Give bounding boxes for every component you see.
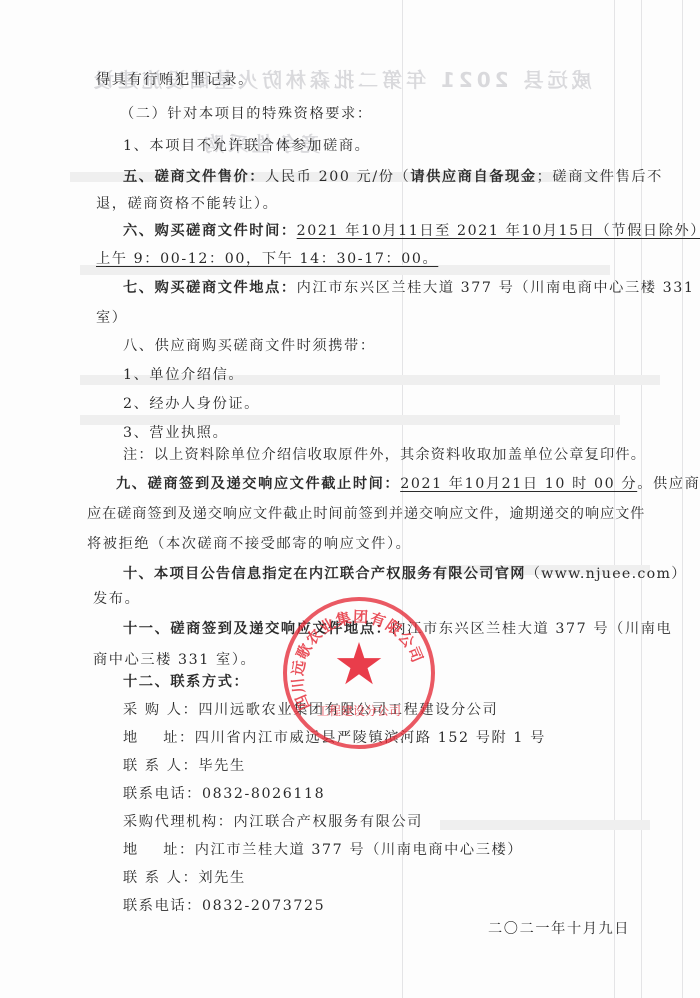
section-heading: 七、购买磋商文件地点：: [123, 280, 297, 296]
section-8-heading: 八、供应商购买磋商文件时须携带：: [123, 337, 376, 355]
text-line: 应在磋商签到及递交响应文件截止时间前签到并递交响应文件，逾期递交的响应文件: [87, 505, 645, 523]
document-page: 得具有行贿犯罪记录。 （二）针对本项目的特殊资格要求： 1、本项目不允许联合体参…: [0, 0, 700, 998]
text-line: 上午 9：00-12：00，下午 14：30-17：00。: [96, 250, 438, 268]
section-7-place: 七、购买磋商文件地点：内江市东兴区兰桂大道 377 号（川南电商中心三楼 331: [123, 279, 695, 297]
text-line: 商中心三楼 331 室）。: [93, 651, 256, 669]
text-line: 得具有行贿犯罪记录。: [96, 71, 254, 89]
star-icon: ★: [333, 635, 385, 693]
text-line: 退，磋商资格不能转让）。: [96, 195, 278, 213]
section-heading: 九、磋商签到及递交响应文件截止时间：: [116, 476, 400, 492]
section-5-price: 五、磋商文件售价：人民币 200 元/份（请供应商自备现金；磋商文件售后不: [123, 168, 663, 186]
section-heading: 六、购买磋商文件时间：: [123, 223, 297, 239]
website-link: （www.njuee.com）: [526, 566, 687, 582]
note: 注：以上资料除单位介绍信收取原件外，其余资料收取加盖单位公章复印件。: [123, 446, 646, 464]
list-item: 1、单位介绍信。: [123, 366, 244, 384]
section-heading: 五、磋商文件售价：: [123, 169, 265, 185]
section-heading: 十、本项目公告信息指定在内江联合产权服务有限公司官网: [123, 566, 526, 582]
official-seal: 四川远歌农业集团有限公司 工程建设分公司 ★: [283, 597, 435, 749]
agency-address: 地 址：内江市兰桂大道 377 号（川南电商中心三楼）: [123, 841, 523, 859]
list-item: 3、营业执照。: [123, 424, 228, 442]
agency-contact-person: 联 系 人：刘先生: [123, 869, 246, 887]
section-12-contact: 十二、联系方式：: [123, 673, 249, 691]
text-line: 室）: [96, 309, 128, 327]
text-line: 将被拒绝（本次磋商不接受邮寄的响应文件）。: [87, 535, 411, 553]
contact-phone: 联系电话：0832-8026118: [123, 785, 325, 803]
text-line: 发布。: [93, 590, 140, 608]
section-6-time: 六、购买磋商文件时间：2021 年10月11日至 2021 年10月15日（节假…: [123, 222, 700, 240]
agency-phone: 联系电话：0832-2073725: [123, 897, 325, 915]
text-line: （二）针对本项目的特殊资格要求：: [120, 105, 373, 123]
seal-inner-text: 工程建设分公司: [317, 703, 401, 718]
section-10-notice: 十、本项目公告信息指定在内江联合产权服务有限公司官网（www.njuee.com…: [123, 565, 687, 583]
issue-date: 二〇二一年十月九日: [488, 920, 630, 938]
agency-name: 采购代理机构：内江联合产权服务有限公司: [123, 813, 423, 831]
list-item: 2、经办人身份证。: [123, 395, 260, 413]
text-line: 1、本项目不允许联合体参加磋商。: [123, 137, 370, 155]
contact-person: 联 系 人：毕先生: [123, 757, 246, 775]
section-9-deadline: 九、磋商签到及递交响应文件截止时间：2021 年10月21日 10 时 00 分…: [116, 475, 700, 493]
